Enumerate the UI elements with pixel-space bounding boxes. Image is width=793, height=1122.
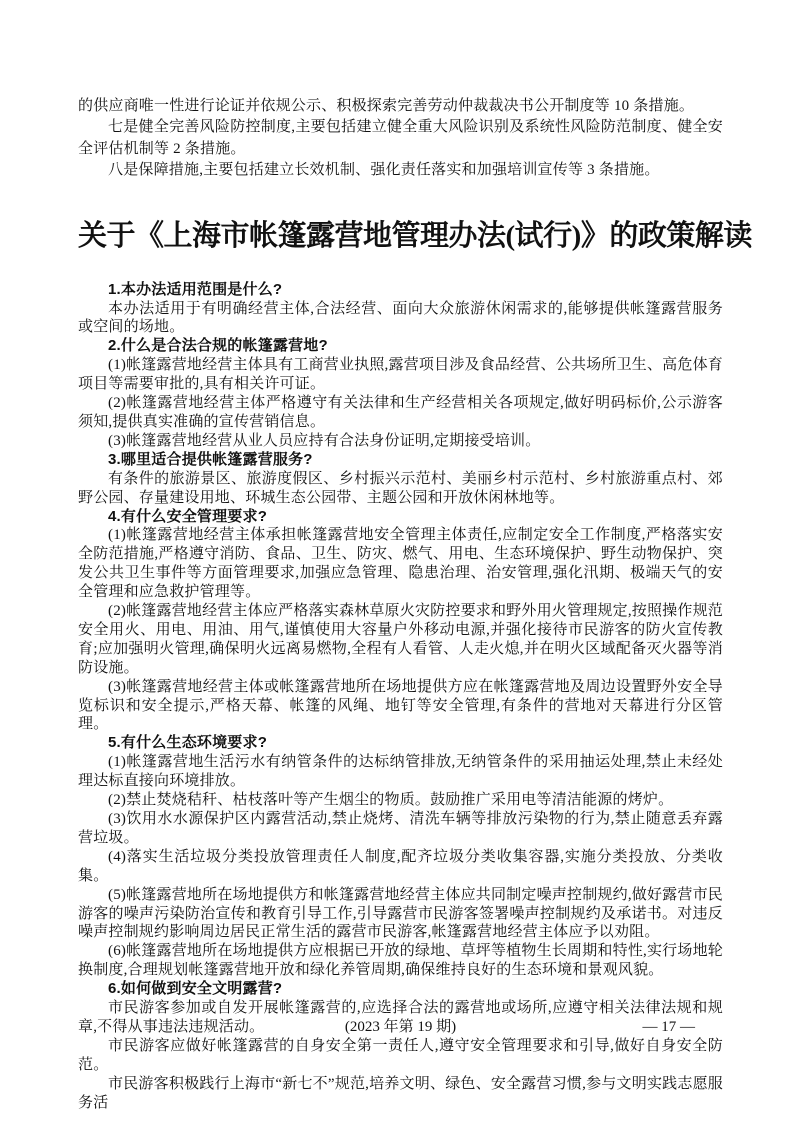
body-paragraph: 市民游客应做好帐篷露营的自身安全第一责任人,遵守安全管理要求和引导,做好自身安全… — [78, 1037, 723, 1075]
body-paragraph: (1)帐篷露营地经营主体承担帐篷露营地安全管理主体责任,应制定安全工作制度,严格… — [78, 526, 723, 602]
body-paragraph: (5)帐篷露营地所在场地提供方和帐篷露营地经营主体应共同制定噪声控制规约,做好露… — [78, 886, 723, 943]
article-body: 1.本办法适用范围是什么?本办法适用于有明确经营主体,合法经营、面向大众旅游休闲… — [78, 281, 723, 1113]
body-paragraph: (3)帐篷露营地经营从业人员应持有合法身份证明,定期接受培训。 — [78, 432, 723, 451]
body-paragraph: 八是保障措施,主要包括建立长效机制、强化责任落实和加强培训宣传等 3 条措施。 — [78, 160, 723, 181]
page-content: 的供应商唯一性进行论证并依规公示、积极探索完善劳动仲裁裁决书公开制度等 10 条… — [78, 96, 723, 1113]
body-paragraph: 七是健全完善风险防控制度,主要包括建立健全重大风险识别及系统性风险防范制度、健全… — [78, 117, 723, 160]
page-footer: (2023 年第 19 期) — 17 — — [78, 1016, 723, 1038]
body-paragraph: (2)禁止焚烧秸秆、枯枝落叶等产生烟尘的物质。鼓励推广采用电等清洁能源的烤炉。 — [78, 791, 723, 810]
question-heading: 5.有什么生态环境要求? — [78, 734, 723, 753]
body-paragraph: (1)帐篷露营地生活污水有纳管条件的达标纳管排放,无纳管条件的采用抽运处理,禁止… — [78, 753, 723, 791]
body-paragraph: (1)帐篷露营地经营主体具有工商营业执照,露营项目涉及食品经营、公共场所卫生、高… — [78, 356, 723, 394]
body-paragraph: 本办法适用于有明确经营主体,合法经营、面向大众旅游休闲需求的,能够提供帐篷露营服… — [78, 300, 723, 338]
question-heading: 4.有什么安全管理要求? — [78, 508, 723, 527]
intro-paragraphs: 的供应商唯一性进行论证并依规公示、积极探索完善劳动仲裁裁决书公开制度等 10 条… — [78, 96, 723, 182]
body-paragraph: (3)饮用水水源保护区内露营活动,禁止烧烤、清洗车辆等排放污染物的行为,禁止随意… — [78, 810, 723, 848]
document-page: 的供应商唯一性进行论证并依规公示、积极探索完善劳动仲裁裁决书公开制度等 10 条… — [0, 0, 793, 1122]
body-paragraph: (3)帐篷露营地经营主体或帐篷露营地所在场地提供方应在帐篷露营地及周边设置野外安… — [78, 678, 723, 735]
body-paragraph: 有条件的旅游景区、旅游度假区、乡村振兴示范村、美丽乡村示范村、乡村旅游重点村、郊… — [78, 470, 723, 508]
body-paragraph: (6)帐篷露营地所在场地提供方应根据已开放的绿地、草坪等植物生长周期和特性,实行… — [78, 942, 723, 980]
question-heading: 2.什么是合法合规的帐篷露营地? — [78, 337, 723, 356]
journal-issue: (2023 年第 19 期) — [345, 1019, 456, 1035]
question-heading: 6.如何做到安全文明露营? — [78, 980, 723, 999]
body-paragraph: (2)帐篷露营地经营主体应严格落实森林草原火灾防控要求和野外用火管理规定,按照操… — [78, 602, 723, 678]
question-heading: 1.本办法适用范围是什么? — [78, 281, 723, 300]
body-paragraph: (4)落实生活垃圾分类投放管理责任人制度,配齐垃圾分类收集容器,实施分类投放、分… — [78, 848, 723, 886]
question-heading: 3.哪里适合提供帐篷露营服务? — [78, 451, 723, 470]
body-paragraph: 市民游客积极践行上海市“新七不”规范,培养文明、绿色、安全露营习惯,参与文明实践… — [78, 1075, 723, 1113]
body-paragraph: (2)帐篷露营地经营主体严格遵守有关法律和生产经营相关各项规定,做好明码标价,公… — [78, 394, 723, 432]
body-paragraph: 的供应商唯一性进行论证并依规公示、积极探索完善劳动仲裁裁决书公开制度等 10 条… — [78, 96, 723, 117]
page-number: — 17 — — [643, 1016, 696, 1038]
article-title: 关于《上海市帐篷露营地管理办法(试行)》的政策解读 — [78, 218, 723, 254]
